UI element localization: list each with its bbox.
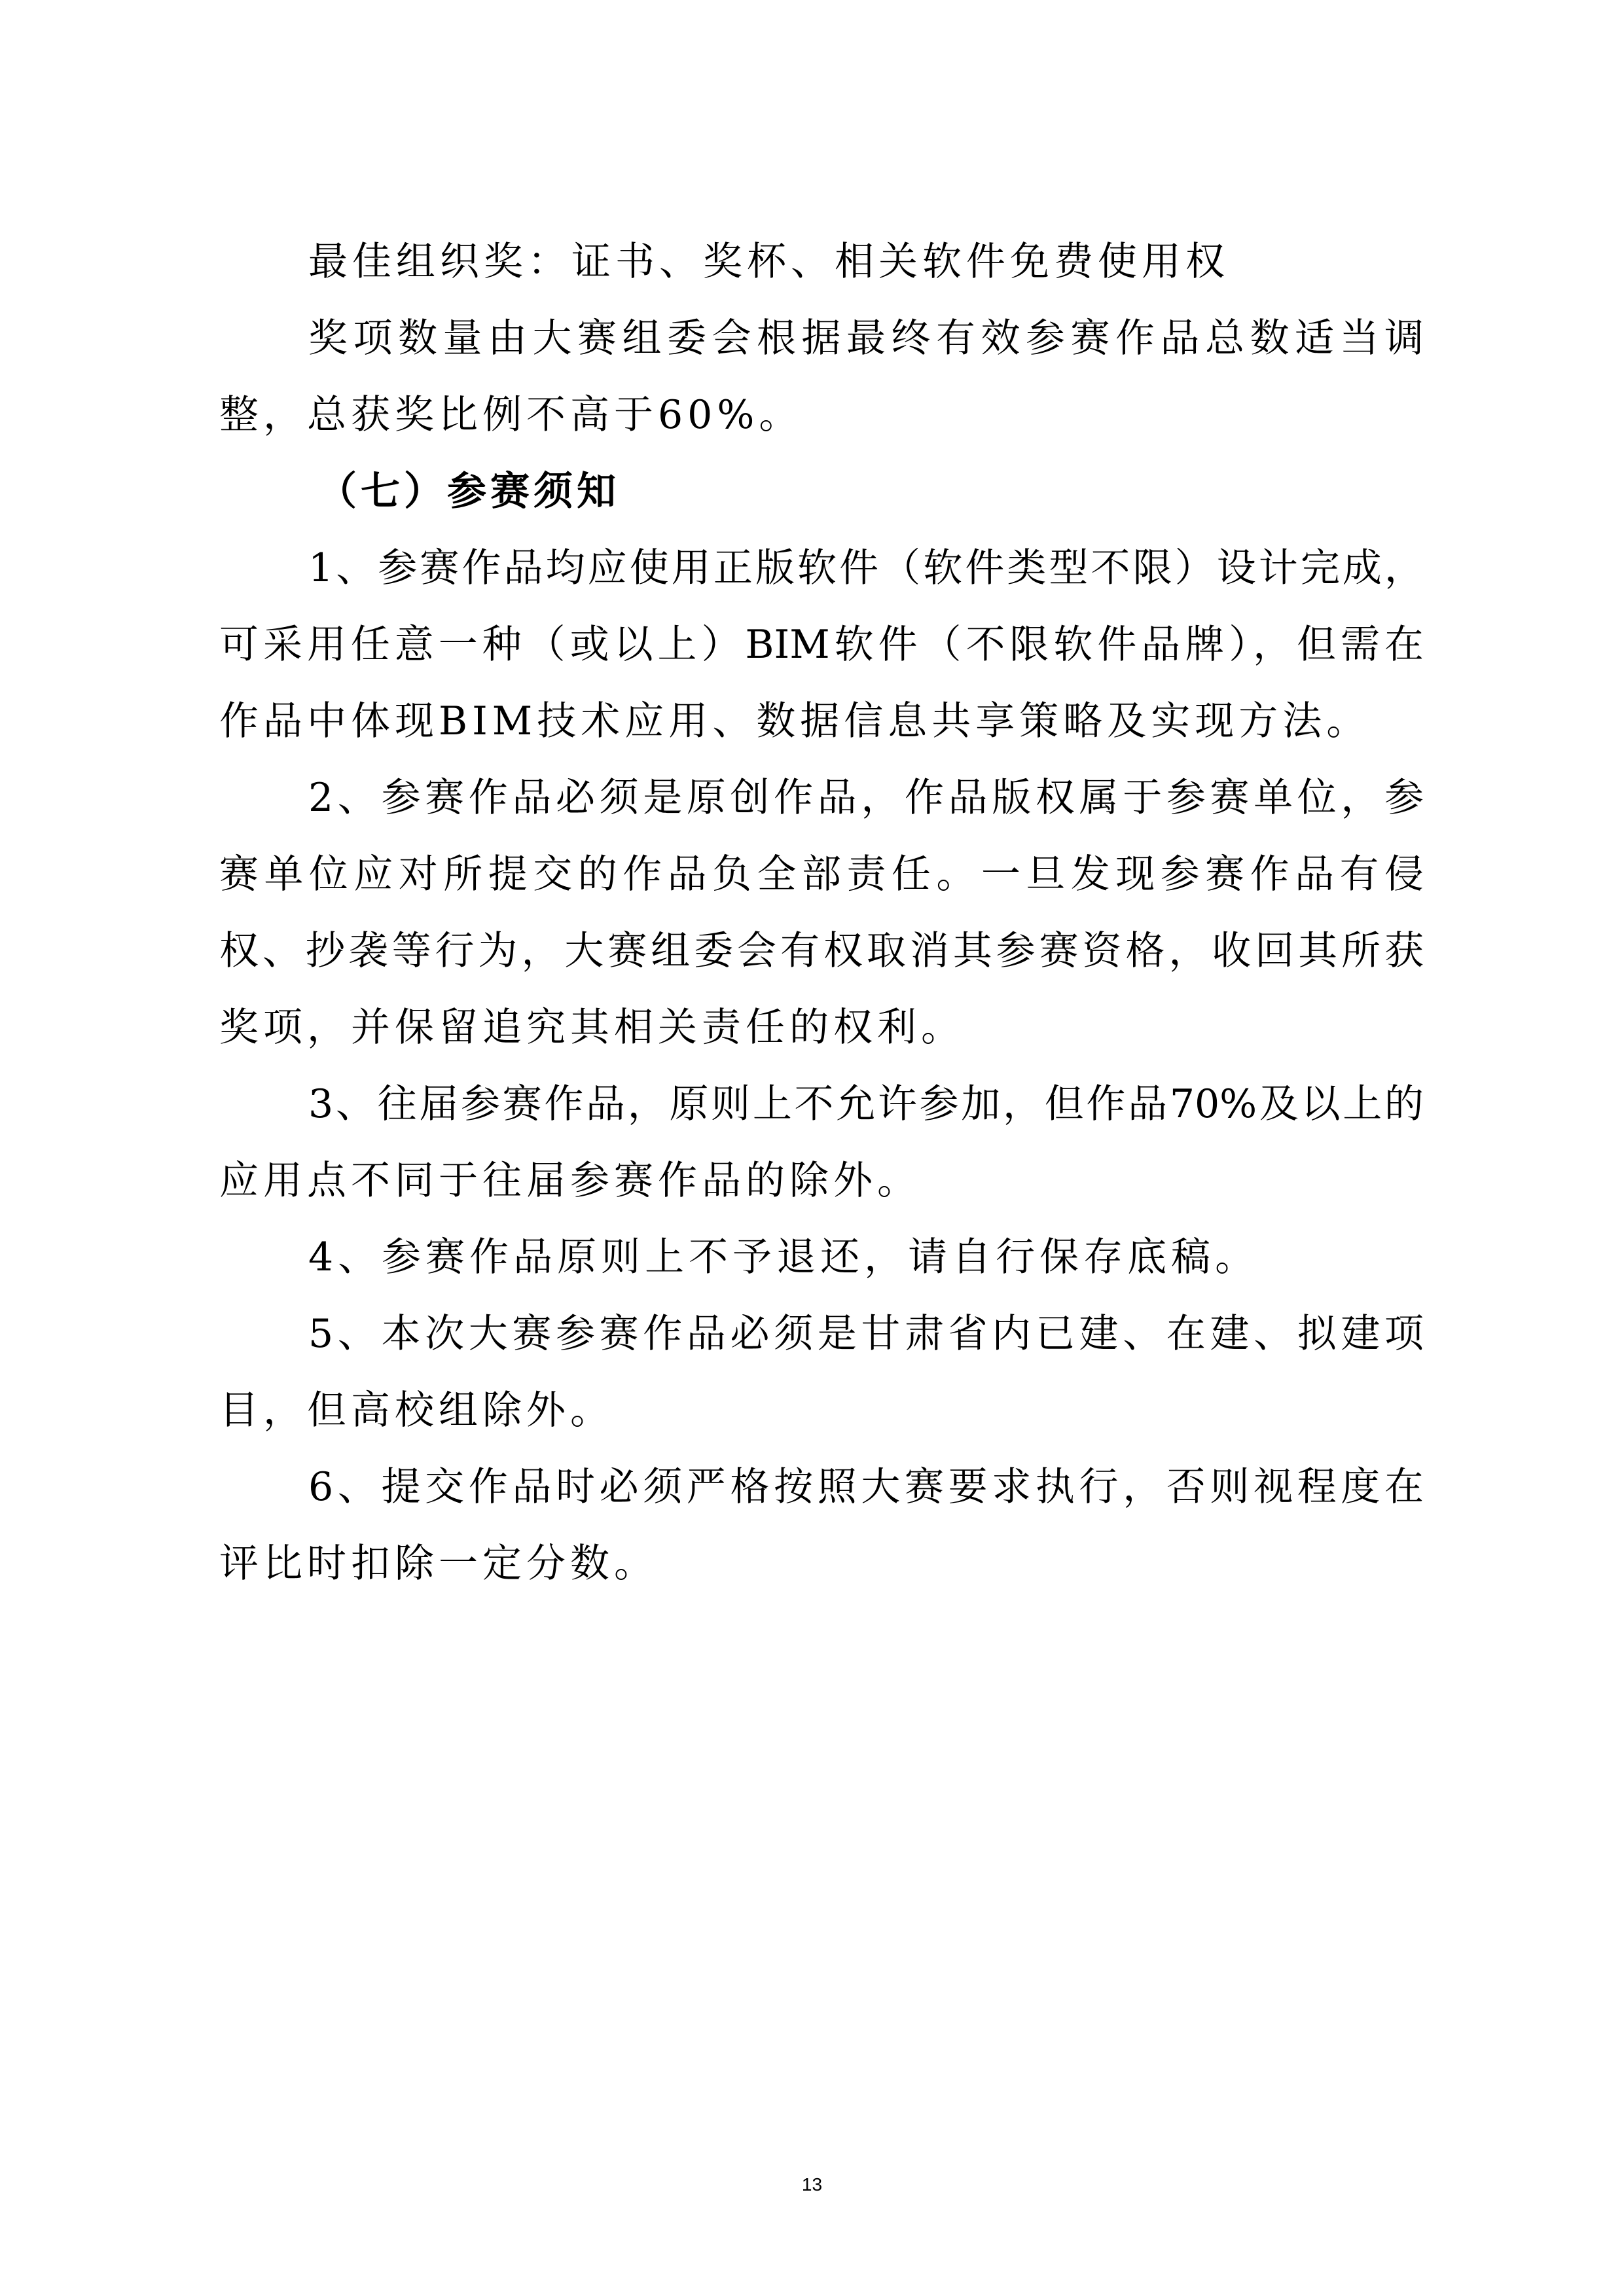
rule-3-line-2: 应用点不同于往届参赛作品的除外。 bbox=[219, 1143, 1424, 1219]
rule-6-line-2: 评比时扣除一定分数。 bbox=[219, 1526, 1424, 1602]
rule-2-line-3: 权、抄袭等行为，大赛组委会有权取消其参赛资格，收回其所获 bbox=[219, 913, 1424, 990]
paragraph-award-quantity-line-1: 奖项数量由大赛组委会根据最终有效参赛作品总数适当调 bbox=[219, 300, 1424, 377]
page-number: 13 bbox=[0, 2172, 1624, 2198]
rule-2-line-2: 赛单位应对所提交的作品负全部责任。一旦发现参赛作品有侵 bbox=[219, 836, 1424, 913]
rule-1-line-3: 作品中体现BIM技术应用、数据信息共享策略及实现方法。 bbox=[219, 683, 1424, 760]
rule-2-line-4: 奖项，并保留追究其相关责任的权利。 bbox=[219, 990, 1424, 1066]
rule-1-line-2: 可采用任意一种（或以上）BIM软件（不限软件品牌），但需在 bbox=[219, 607, 1424, 683]
paragraph-award-quantity-line-2: 整，总获奖比例不高于60%。 bbox=[219, 377, 1424, 454]
rule-5-line-2: 目，但高校组除外。 bbox=[219, 1372, 1424, 1449]
rule-6-line-1: 6、提交作品时必须严格按照大赛要求执行，否则视程度在 bbox=[219, 1449, 1424, 1526]
rule-4-line-1: 4、参赛作品原则上不予退还，请自行保存底稿。 bbox=[219, 1219, 1424, 1296]
document-page: 最佳组织奖：证书、奖杯、相关软件免费使用权 奖项数量由大赛组委会根据最终有效参赛… bbox=[0, 0, 1624, 2296]
section-heading-participation-notes: （七）参赛须知 bbox=[219, 454, 1424, 530]
body-text: 最佳组织奖：证书、奖杯、相关软件免费使用权 奖项数量由大赛组委会根据最终有效参赛… bbox=[219, 224, 1424, 1602]
rule-5-line-1: 5、本次大赛参赛作品必须是甘肃省内已建、在建、拟建项 bbox=[219, 1296, 1424, 1372]
rule-2-line-1: 2、参赛作品必须是原创作品，作品版权属于参赛单位，参 bbox=[219, 760, 1424, 836]
award-line-best-organization: 最佳组织奖：证书、奖杯、相关软件免费使用权 bbox=[219, 224, 1424, 300]
rule-1-line-1: 1、参赛作品均应使用正版软件（软件类型不限）设计完成， bbox=[219, 530, 1424, 607]
rule-3-line-1: 3、往届参赛作品，原则上不允许参加，但作品70%及以上的 bbox=[219, 1066, 1424, 1143]
